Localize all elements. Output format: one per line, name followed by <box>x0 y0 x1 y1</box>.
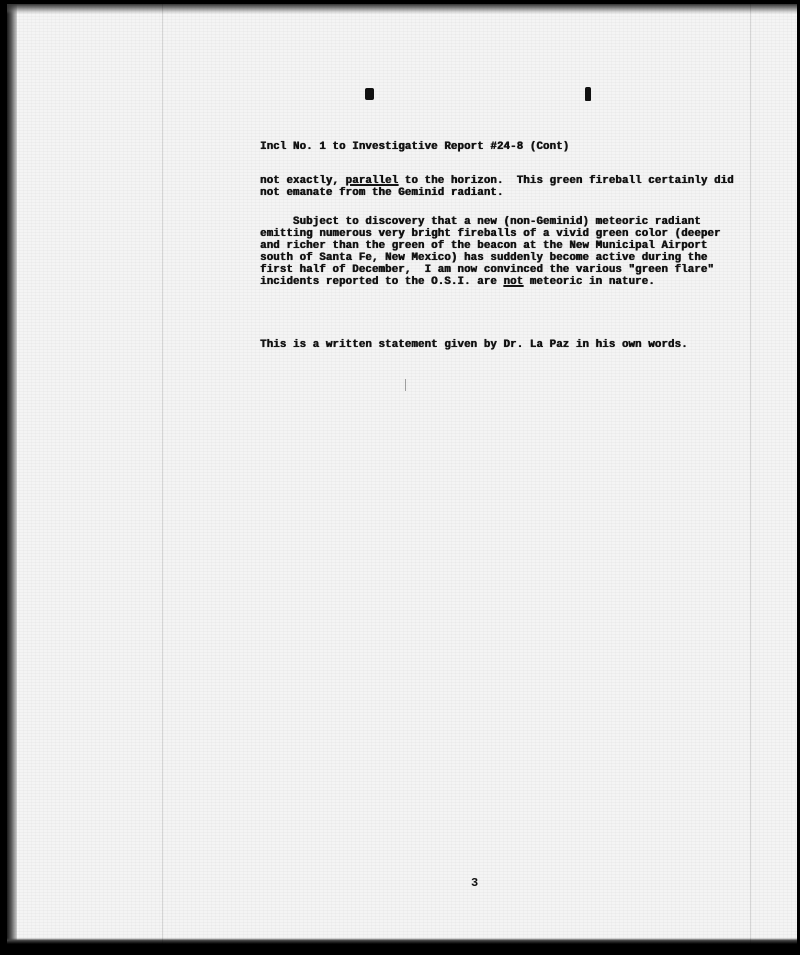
scan-bottom-edge <box>7 938 797 944</box>
closing-statement: This is a written statement given by Dr.… <box>260 339 688 351</box>
page-number: 3 <box>471 876 478 890</box>
scanned-document-page: Incl No. 1 to Investigative Report #24-8… <box>7 4 797 944</box>
scan-top-edge <box>7 4 797 14</box>
scan-artifact-mark <box>405 379 406 391</box>
paragraph-2-line-6-text-a: incidents reported to the O.S.I. are <box>260 276 503 288</box>
paragraph-1-line-1-text-a: not exactly, <box>260 175 346 187</box>
scan-fold-line-left <box>162 4 163 944</box>
paragraph-2-line-1: Subject to discovery that a new (non-Gem… <box>260 216 701 228</box>
scan-left-edge <box>7 4 17 944</box>
paragraph-2: Subject to discovery that a new (non-Gem… <box>260 216 721 288</box>
reference-line: Incl No. 1 to Investigative Report #24-8… <box>260 141 569 153</box>
paragraph-2-line-3: and richer than the green of the beacon … <box>260 240 707 252</box>
underlined-word-parallel: parallel <box>346 175 399 187</box>
paragraph-1-line-2: not emanate from the Geminid radiant. <box>260 187 503 199</box>
paragraph-1-line-1-text-b: to the horizon. This green fireball cert… <box>398 175 734 187</box>
paragraph-2-line-5: first half of December, I am now convinc… <box>260 264 714 276</box>
paragraph-1: not exactly, parallel to the horizon. Th… <box>260 175 734 199</box>
paragraph-2-line-2: emitting numerous very bright fireballs … <box>260 228 721 240</box>
header-mark-right <box>585 87 591 101</box>
paragraph-2-line-4: south of Santa Fe, New Mexico) has sudde… <box>260 252 707 264</box>
paragraph-2-line-6-text-b: meteoric in nature. <box>523 276 655 288</box>
header-mark-left <box>365 88 374 100</box>
underlined-word-not: not <box>503 276 523 288</box>
scan-fold-line-right <box>750 4 751 944</box>
